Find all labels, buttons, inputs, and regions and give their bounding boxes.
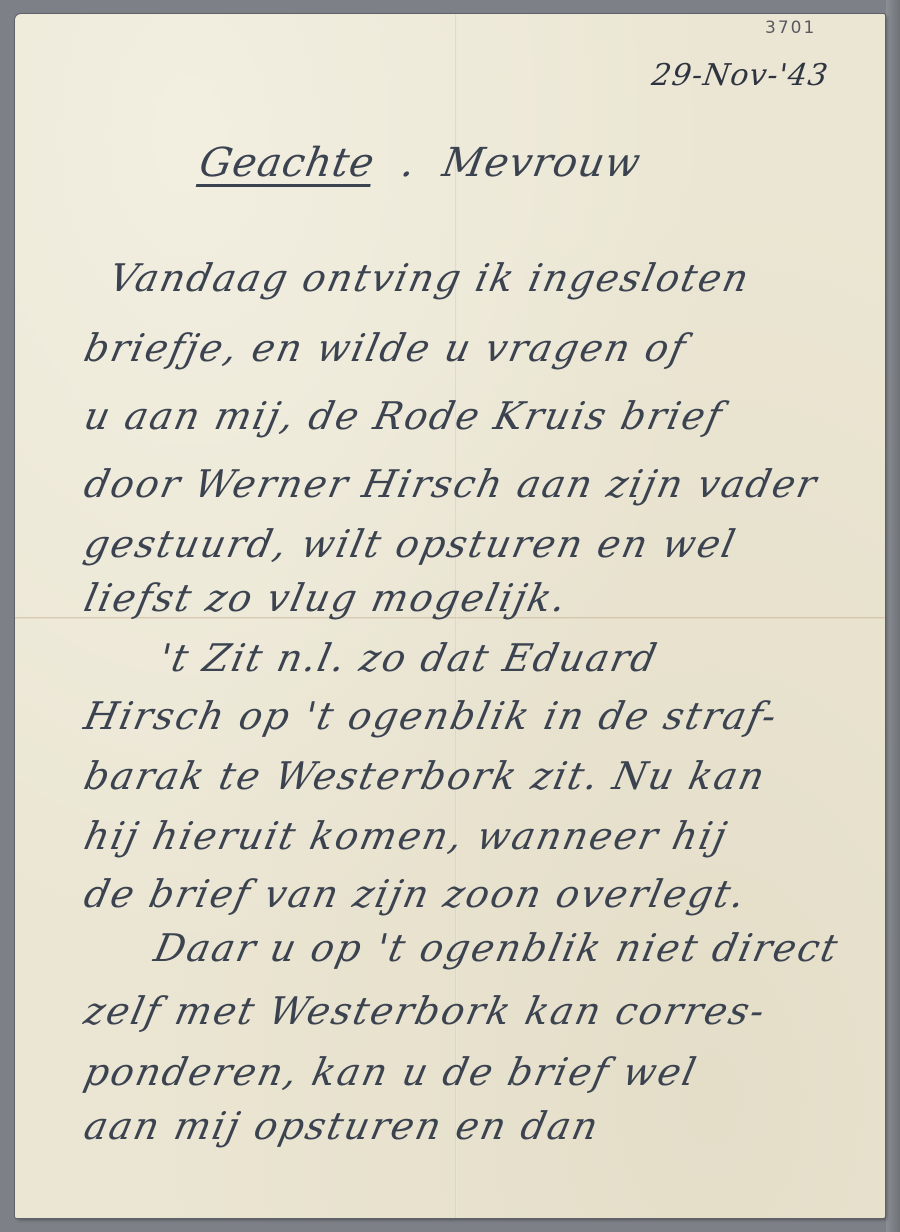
archive-number: 3701: [765, 18, 816, 38]
letter-paper: 3701 29-Nov-'43 Geachte . Mevrouw Vandaa…: [15, 14, 885, 1218]
letter-line-6: liefst zo vlug mogelijk.: [80, 576, 571, 620]
letter-line-1: Vandaag ontving ik ingesloten: [105, 256, 754, 300]
letter-line-7: 't Zit n.l. zo dat Eduard: [155, 636, 662, 680]
salutation-separator: .: [384, 140, 433, 186]
letter-line-3: u aan mij, de Rode Kruis brief: [80, 394, 727, 438]
letter-line-14: ponderen, kan u de brief wel: [80, 1050, 701, 1094]
letter-line-15: aan mij opsturen en dan: [80, 1104, 603, 1148]
salutation-second-word: Mevrouw: [439, 140, 645, 186]
letter-line-2: briefje, en wilde u vragen of: [80, 326, 691, 370]
letter-line-10: hij hieruit komen, wanneer hij: [80, 814, 732, 858]
letter-date: 29-Nov-'43: [650, 58, 831, 93]
letter-line-9: barak te Westerbork zit. Nu kan: [80, 754, 770, 798]
salutation: Geachte . Mevrouw: [196, 140, 645, 186]
letter-line-13: zelf met Westerbork kan corres-: [80, 989, 770, 1033]
salutation-first-word: Geachte: [196, 140, 379, 186]
letter-line-5: gestuurd, wilt opsturen en wel: [80, 522, 741, 566]
scan-backdrop-edge: [886, 0, 900, 1232]
letter-line-12: Daar u op 't ogenblik niet direct: [150, 926, 843, 970]
letter-line-11: de brief van zijn zoon overlegt.: [80, 872, 750, 916]
letter-line-4: door Werner Hirsch aan zijn vader: [80, 462, 822, 506]
letter-line-8: Hirsch op 't ogenblik in de straf-: [80, 694, 782, 738]
